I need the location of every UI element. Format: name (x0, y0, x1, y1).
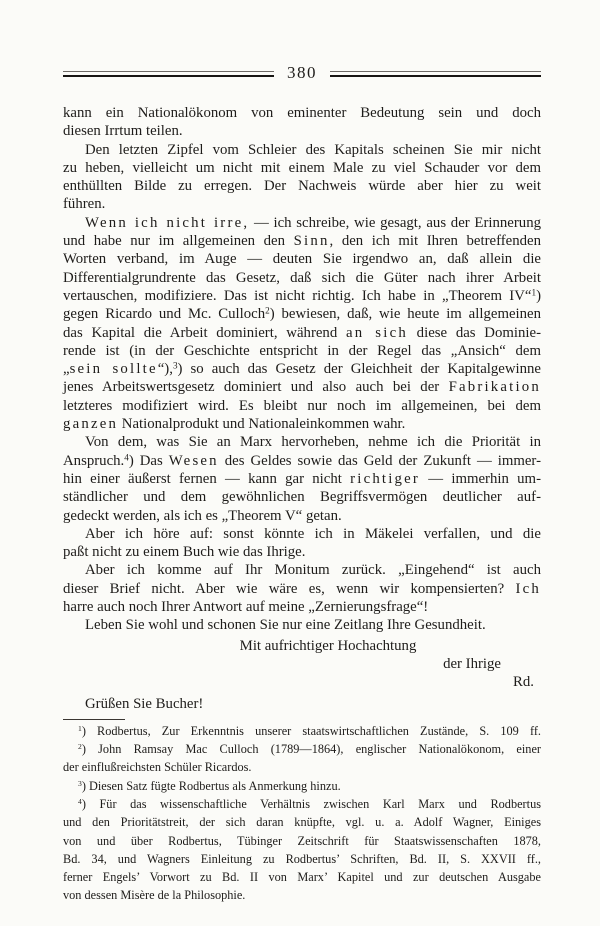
text-line: 1) Rodbertus, Zur Erkenntnis unserer sta… (63, 724, 541, 742)
text-line: gedeckt werden, als ich es „Theorem V“ g… (63, 507, 541, 525)
text-segment: “), (158, 361, 173, 377)
text-line: letzteres modifiziert wird. Es bleibt nu… (63, 397, 541, 415)
emphasized-text: Sinn (294, 233, 330, 249)
letter-body: kann ein Nationalökonom von eminenter Be… (63, 104, 541, 635)
text-segment: jenes Arbeitswertsgesetz dominiert und a… (63, 379, 449, 395)
text-segment: ständlicher und dem gewöhnlichen Begriff… (63, 489, 541, 505)
text-segment: ferner Engels’ Vorwort zu Bd. II von Mar… (63, 870, 541, 884)
text-segment: hin einer äußerst fernen — kann gar nich… (63, 471, 350, 487)
text-line: zu heben, vielleicht um nicht mit einem … (63, 159, 541, 177)
text-line: enthüllten Bilde zu erregen. Der Nachwei… (63, 177, 541, 195)
text-segment: dieser Brief nicht. Aber wie wäre es, we… (63, 581, 516, 597)
text-line: paßt nicht zu einem Buch wie das Ihrige. (63, 543, 541, 561)
text-segment: kann ein Nationalökonom von eminenter Be… (63, 105, 541, 121)
text-line: 2) John Ramsay Mac Culloch (1789—1864), … (63, 742, 541, 760)
text-segment: — immerhin um- (420, 471, 541, 487)
text-line: der einflußreichsten Schüler Ricardos. (63, 760, 541, 778)
emphasized-text: sein sollte (70, 361, 158, 377)
page-content: 380 kann ein Nationalökonom von eminente… (63, 0, 541, 907)
paragraph: Aber ich höre auf: sonst könnte ich in M… (63, 525, 541, 562)
text-line: Worten verband, im Auge — deuten Sie irg… (63, 250, 541, 268)
text-segment: ) Diesen Satz fügte Rodbertus als Anmerk… (82, 779, 341, 793)
closing-salutation: Mit aufrichtiger Hochachtung (89, 637, 567, 655)
text-segment: ) so auch das Gesetz der Gleichheit der … (178, 361, 541, 377)
text-line: und den Prioritätstreit, der sich daran … (63, 815, 541, 833)
header-rule-left (63, 71, 274, 77)
paragraph: Leben Sie wohl und schonen Sie nur eine … (63, 616, 541, 634)
text-segment: ) Rodbertus, Zur Erkenntnis unserer staa… (82, 724, 541, 738)
text-segment: Worten verband, im Auge — deuten Sie irg… (63, 251, 541, 267)
footnotes-section: 1) Rodbertus, Zur Erkenntnis unserer sta… (63, 724, 541, 907)
text-segment: paßt nicht zu einem Buch wie das Ihrige. (63, 544, 305, 560)
text-line: führen. (63, 195, 541, 213)
text-segment: Von dem, was Sie an Marx hervorheben, ne… (85, 434, 541, 450)
emphasized-text: ganzen (63, 416, 118, 432)
text-segment: von und über Rodbertus, Tübinger Zeitsch… (63, 834, 541, 848)
text-segment: der einflußreichsten Schüler Ricardos. (63, 760, 252, 774)
paragraph: Wenn ich nicht irre, — ich schreibe, wie… (63, 214, 541, 434)
text-segment: letzteres modifiziert wird. Es bleibt nu… (63, 398, 541, 414)
text-line: Den letzten Zipfel vom Schleier des Kapi… (63, 141, 541, 159)
text-line: dieser Brief nicht. Aber wie wäre es, we… (63, 580, 541, 598)
text-line: hin einer äußerst fernen — kann gar nich… (63, 470, 541, 488)
text-line: ganzen Nationalprodukt und Nationaleinko… (63, 415, 541, 433)
text-segment: führen. (63, 196, 105, 212)
text-segment: gedeckt werden, als ich es „Theorem V“ g… (63, 508, 342, 524)
text-segment: ) John Ramsay Mac Culloch (1789—1864), e… (82, 742, 541, 756)
page-header: 380 (63, 0, 541, 84)
emphasized-text: Wesen (169, 453, 219, 469)
emphasized-text: an sich (346, 325, 408, 341)
text-segment: ) Das (129, 453, 169, 469)
text-segment: — ich schreibe, wie gesagt, aus der Erin… (249, 215, 541, 231)
text-line: harre auch noch Ihrer Antwort auf meine … (63, 598, 541, 616)
emphasized-text: Fabrikation (449, 379, 541, 395)
text-segment: Den letzten Zipfel vom Schleier des Kapi… (85, 142, 541, 158)
text-line: diesen Irrtum teilen. (63, 122, 541, 140)
text-segment: Aber ich komme auf Ihr Monitum zurück. „… (85, 562, 541, 578)
text-segment: und habe nur im allgemeinen den (63, 233, 294, 249)
emphasized-text: Ich (516, 581, 542, 597)
page-number: 380 (274, 63, 330, 83)
text-line: jenes Arbeitswertsgesetz dominiert und a… (63, 378, 541, 396)
text-line: gegen Ricardo und Mc. Culloch2) bewiesen… (63, 305, 541, 323)
footnote: 1) Rodbertus, Zur Erkenntnis unserer sta… (63, 724, 541, 742)
text-segment: des Geldes sowie das Geld der Zukunft — … (219, 453, 541, 469)
paragraph: Von dem, was Sie an Marx hervorheben, ne… (63, 433, 541, 524)
text-segment: ) (536, 288, 541, 304)
text-segment: diesen Irrtum teilen. (63, 123, 183, 139)
text-segment: Leben Sie wohl und schonen Sie nur eine … (85, 617, 486, 633)
text-line: von und über Rodbertus, Tübinger Zeitsch… (63, 834, 541, 852)
text-segment: ) Für das wissenschaftliche Verhältnis z… (82, 797, 541, 811)
emphasized-text: richtiger (350, 471, 420, 487)
text-segment: enthüllten Bilde zu erregen. Der Nachwei… (63, 178, 541, 194)
text-line: ferner Engels’ Vorwort zu Bd. II von Mar… (63, 870, 541, 888)
text-segment: gegen Ricardo und Mc. Culloch (63, 306, 265, 322)
text-line: rende ist (in der Geschichte entspricht … (63, 342, 541, 360)
text-segment: diese das Dominie- (408, 325, 541, 341)
text-line: 3) Diesen Satz fügte Rodbertus als Anmer… (63, 779, 541, 797)
text-line: von dessen Misère de la Philosophie. (63, 888, 541, 906)
header-rule-right (330, 71, 541, 77)
text-line: Aber ich höre auf: sonst könnte ich in M… (63, 525, 541, 543)
paragraph: Aber ich komme auf Ihr Monitum zurück. „… (63, 561, 541, 616)
paragraph: Den letzten Zipfel vom Schleier des Kapi… (63, 141, 541, 214)
text-line: kann ein Nationalökonom von eminenter Be… (63, 104, 541, 122)
text-segment: rende ist (in der Geschichte entspricht … (63, 343, 541, 359)
text-line: 4) Für das wissenschaftliche Verhältnis … (63, 797, 541, 815)
text-line: Aber ich komme auf Ihr Monitum zurück. „… (63, 561, 541, 579)
text-segment: vertauschen, modifiziere. Das ist nicht … (63, 288, 531, 304)
text-segment: von dessen Misère de la Philosophie. (63, 888, 245, 902)
text-line: „sein sollte“),3) so auch das Gesetz der… (63, 360, 541, 378)
footnote: 4) Für das wissenschaftliche Verhältnis … (63, 797, 541, 907)
text-segment: Bd. 34, und Wagners Einleitung zu Rodber… (63, 852, 541, 866)
text-line: ständlicher und dem gewöhnlichen Begriff… (63, 488, 541, 506)
text-segment: „ (63, 361, 70, 377)
text-segment: ) bewiesen, daß, wie heute im allgemeine… (270, 306, 541, 322)
text-line: Von dem, was Sie an Marx hervorheben, ne… (63, 433, 541, 451)
text-segment: zu heben, vielleicht um nicht mit einem … (63, 160, 541, 176)
paragraph: kann ein Nationalökonom von eminenter Be… (63, 104, 541, 141)
closing-signoff: der Ihrige (63, 655, 541, 673)
book-page: 380 kann ein Nationalökonom von eminente… (0, 0, 600, 926)
text-segment: und den Prioritätstreit, der sich daran … (63, 815, 541, 829)
text-line: und habe nur im allgemeinen den Sinn, de… (63, 232, 541, 250)
closing-signature: Rd. (63, 673, 541, 691)
text-segment: das Kapital die Arbeit dominiert, währen… (63, 325, 346, 341)
text-segment: Aber ich höre auf: sonst könnte ich in M… (85, 526, 541, 542)
emphasized-text: Wenn ich nicht irre, (85, 215, 249, 231)
footnote-separator (63, 719, 125, 720)
text-segment: Anspruch. (63, 453, 124, 469)
text-line: Bd. 34, und Wagners Einleitung zu Rodber… (63, 852, 541, 870)
text-segment: harre auch noch Ihrer Antwort auf meine … (63, 599, 428, 615)
text-line: Leben Sie wohl und schonen Sie nur eine … (63, 616, 541, 634)
text-segment: Nationalprodukt und Nationaleinkommen wa… (118, 416, 405, 432)
text-segment: , den ich mit Ihren betreffenden (330, 233, 541, 249)
text-line: Anspruch.4) Das Wesen des Geldes sowie d… (63, 452, 541, 470)
text-segment: Differentialgrundrente das Gesetz, daß s… (63, 270, 541, 286)
footnote: 3) Diesen Satz fügte Rodbertus als Anmer… (63, 779, 541, 797)
text-line: Wenn ich nicht irre, — ich schreibe, wie… (63, 214, 541, 232)
text-line: vertauschen, modifiziere. Das ist nicht … (63, 287, 541, 305)
footnote: 2) John Ramsay Mac Culloch (1789—1864), … (63, 742, 541, 779)
text-line: Differentialgrundrente das Gesetz, daß s… (63, 269, 541, 287)
closing-postscript: Grüßen Sie Bucher! (63, 695, 541, 713)
text-line: das Kapital die Arbeit dominiert, währen… (63, 324, 541, 342)
